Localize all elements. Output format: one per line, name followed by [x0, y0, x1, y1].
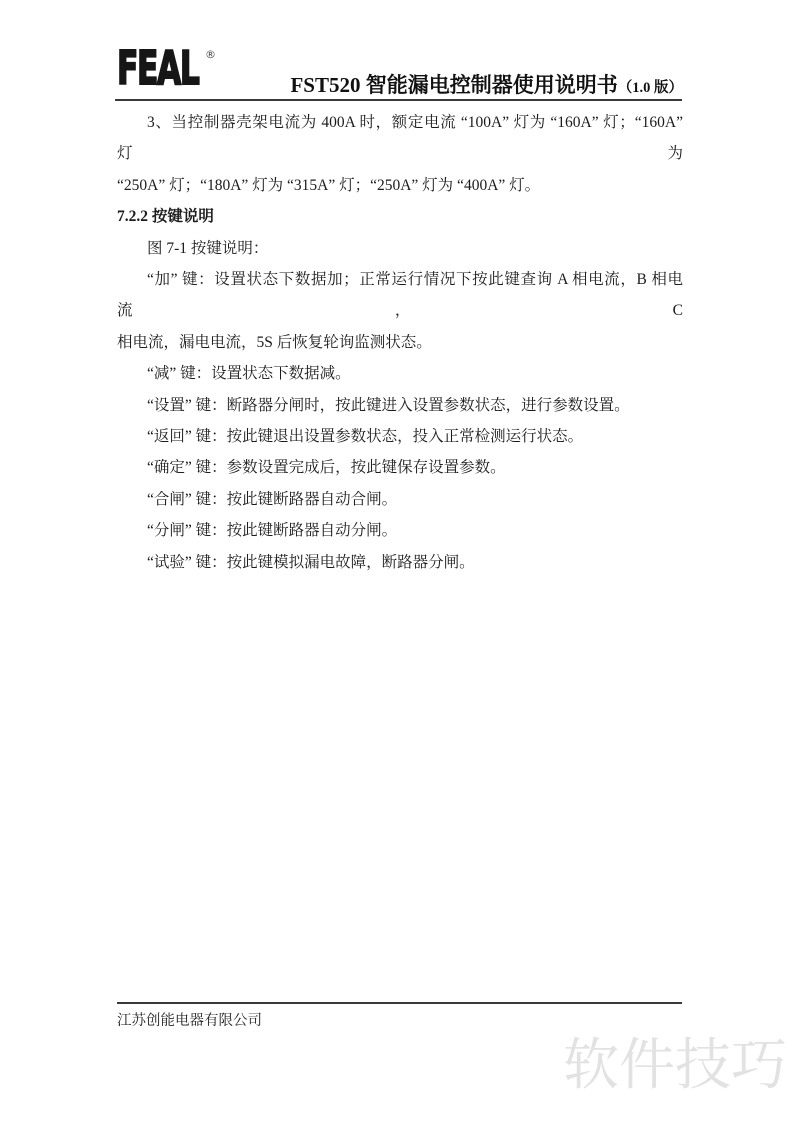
heading-7-2-2: 7.2.2 按键说明 — [117, 201, 683, 232]
document-title: FST520 智能漏电控制器使用说明书 — [290, 73, 617, 97]
key-open-desc: “分闸” 键：按此键断路器自动分闸。 — [117, 515, 683, 546]
key-set-desc: “设置” 键：断路器分闸时，按此键进入设置参数状态，进行参数设置。 — [117, 390, 683, 421]
para-400a-line1: 3、当控制器壳架电流为 400A 时，额定电流 “100A” 灯为 “160A”… — [117, 107, 683, 170]
key-confirm-desc: “确定” 键：参数设置完成后，按此键保存设置参数。 — [117, 452, 683, 483]
para-400a-line2: “250A” 灯；“180A” 灯为 “315A” 灯；“250A” 灯为 “4… — [117, 170, 683, 201]
footer-divider — [117, 1002, 682, 1004]
key-add-line2: 相电流，漏电电流，5S 后恢复轮询监测状态。 — [117, 327, 683, 358]
key-return-desc: “返回” 键：按此键退出设置参数状态，投入正常检测运行状态。 — [117, 421, 683, 452]
key-close-desc: “合闸” 键：按此键断路器自动合闸。 — [117, 484, 683, 515]
manual-page: FEAL ® FST520 智能漏电控制器使用说明书（1.0 版） 3、当控制器… — [0, 0, 800, 1132]
document-version: （1.0 版） — [618, 80, 683, 96]
key-minus-desc: “减” 键：设置状态下数据减。 — [117, 358, 683, 389]
fig-7-1-caption: 图 7-1 按键说明： — [117, 233, 683, 264]
page-body: 3、当控制器壳架电流为 400A 时，额定电流 “100A” 灯为 “160A”… — [117, 107, 683, 578]
watermark-text: 软件技巧 — [563, 1036, 787, 1096]
key-add-line1: “加” 键：设置状态下数据加；正常运行情况下按此键查询 A 相电流，B 相电流，… — [117, 264, 683, 327]
registered-trademark-icon: ® — [205, 48, 216, 61]
key-test-desc: “试验” 键：按此键模拟漏电故障，断路器分闸。 — [117, 547, 683, 578]
header-divider — [115, 99, 682, 101]
document-title-row: FST520 智能漏电控制器使用说明书（1.0 版） — [117, 69, 683, 99]
footer-company: 江苏创能电器有限公司 — [117, 1010, 262, 1032]
